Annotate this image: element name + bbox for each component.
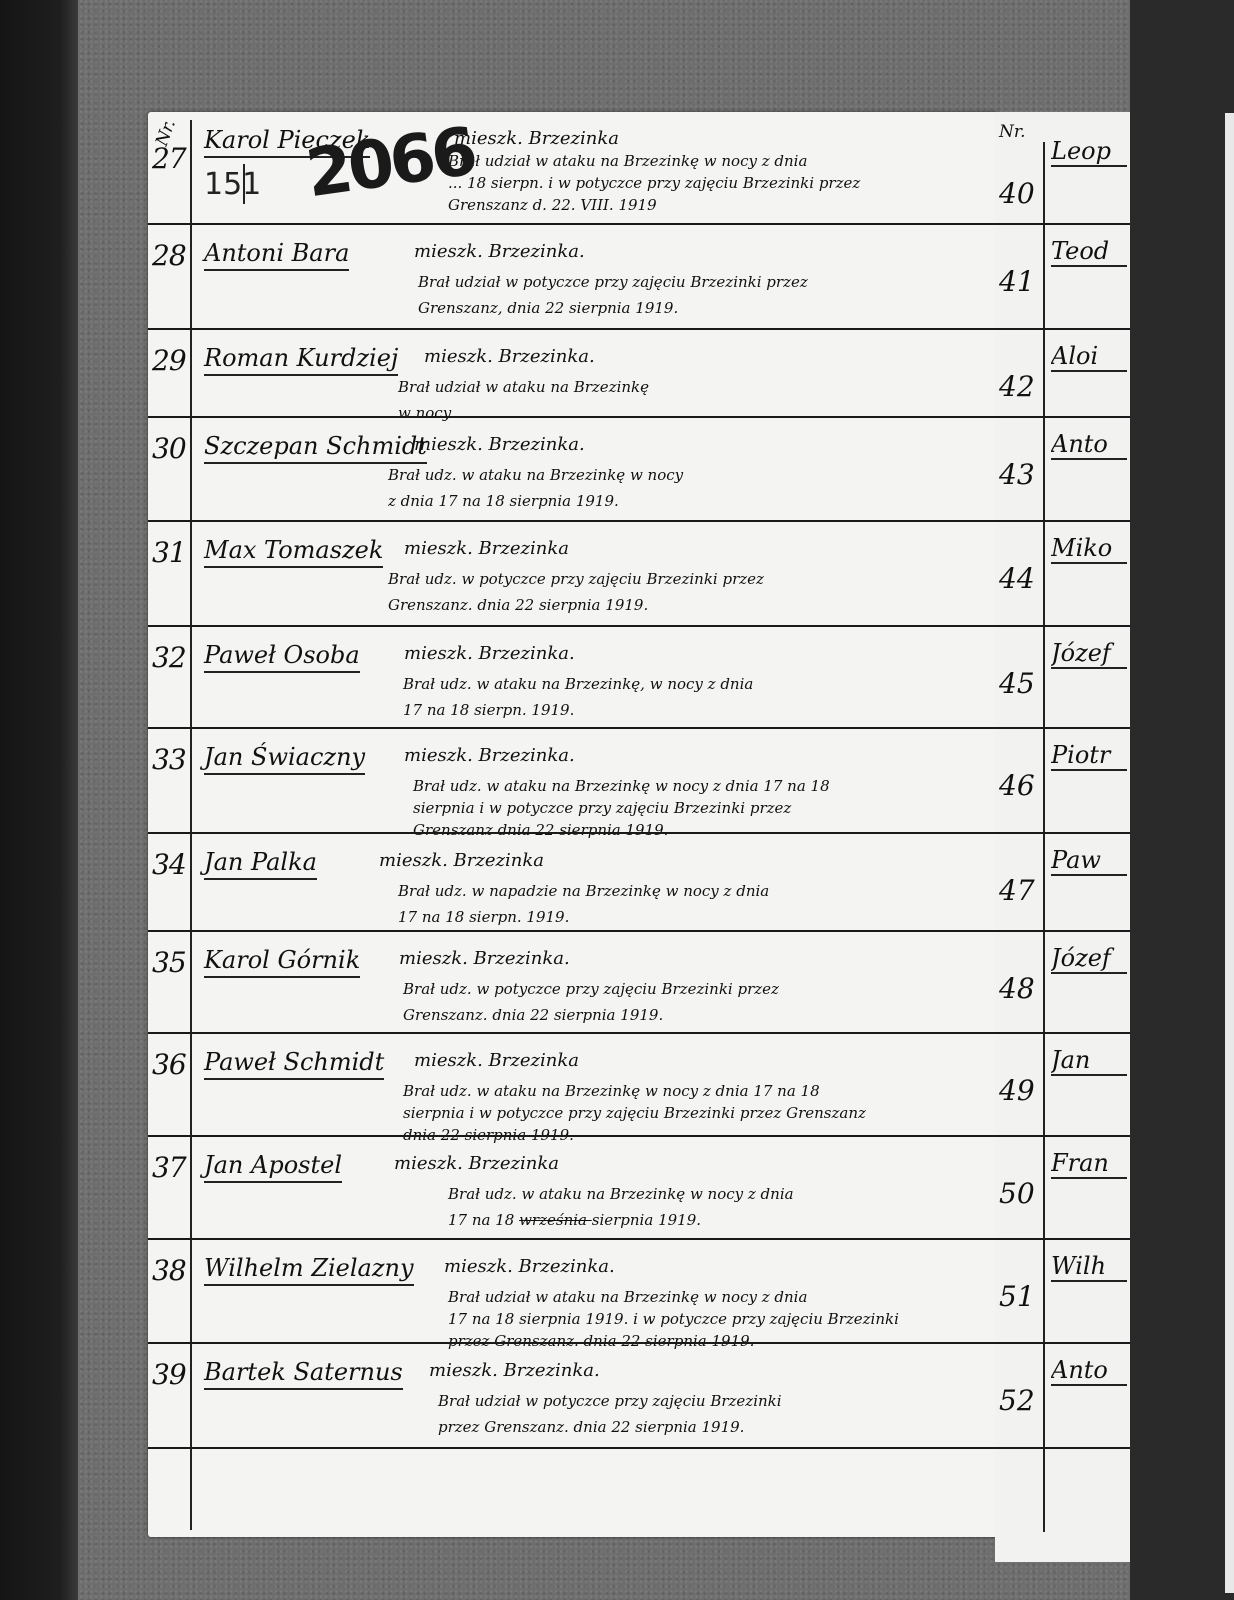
entry-number: 37 <box>152 1151 188 1184</box>
right-entry-number: 46 <box>999 769 1035 802</box>
entry-number: 35 <box>152 946 188 979</box>
right-entry-number: 51 <box>999 1280 1035 1313</box>
right-entry-number: 42 <box>999 370 1035 403</box>
entry-residence: mieszk. Brzezinka. <box>424 346 595 367</box>
entry-description-line: Brał udz. w napadzie na Brzezinkę w nocy… <box>398 878 769 904</box>
register-entry: 35Karol Górnikmieszk. Brzezinka.Brał udz… <box>148 932 998 1034</box>
entry-residence: mieszk. Brzezinka <box>379 850 544 871</box>
entry-number: 34 <box>152 848 188 881</box>
entry-number: 30 <box>152 432 188 465</box>
right-register-entry: 51Wilh <box>995 1240 1130 1344</box>
entry-residence: mieszk. Brzezinka <box>404 538 569 559</box>
right-entry-number: 44 <box>999 562 1035 595</box>
entry-number: 33 <box>152 743 188 776</box>
entry-name: Paweł Osoba <box>204 641 360 673</box>
register-page-right: Nr. 40Leop41Teod42Aloi43Anto44Miko45Józe… <box>995 112 1130 1562</box>
entry-description-line: Brał udz. w potyczce przy zajęciu Brzezi… <box>388 566 764 592</box>
entry-residence: mieszk. Brzezinka. <box>414 241 585 262</box>
right-entry-number: 45 <box>999 667 1035 700</box>
right-entry-number: 47 <box>999 874 1035 907</box>
register-entry: 36Paweł Schmidtmieszk. BrzezinkaBrał udz… <box>148 1034 998 1137</box>
entry-description-line: Brał udz. w potyczce przy zajęciu Brzezi… <box>403 976 779 1002</box>
right-entry-number: 40 <box>999 177 1035 210</box>
entry-residence: mieszk. Brzezinka. <box>414 434 585 455</box>
entry-residence: mieszk. Brzezinka <box>394 1153 559 1174</box>
right-entry-name-partial: Anto <box>1051 430 1127 460</box>
entry-description-line: 17 na 18 września sierpnia 1919. <box>448 1207 701 1233</box>
right-entry-name-partial: Jan <box>1051 1046 1127 1076</box>
right-entry-name-partial: Paw <box>1051 846 1127 876</box>
scan-border-right <box>1130 0 1234 1600</box>
entry-number: 38 <box>152 1254 188 1287</box>
register-entry: 27Karol Pieczekmieszk. BrzezinkaBrał udz… <box>148 112 998 225</box>
entry-residence: mieszk. Brzezinka <box>454 128 619 149</box>
entry-description-line: Brał udz. w ataku na Brzezinkę w nocy z … <box>448 1181 794 1207</box>
register-entry: 29Roman Kurdziejmieszk. Brzezinka.Brał u… <box>148 330 998 418</box>
register-entry: 34Jan Palkamieszk. BrzezinkaBrał udz. w … <box>148 834 998 932</box>
entry-name: Jan Palka <box>204 848 317 880</box>
right-entry-name-partial: Teod <box>1051 237 1127 267</box>
right-entry-number: 52 <box>999 1384 1035 1417</box>
entry-name: Szczepan Schmidt <box>204 432 427 464</box>
entry-name: Max Tomaszek <box>204 536 383 568</box>
entry-description-line: Grenszanz, dnia 22 sierpnia 1919. <box>418 295 678 321</box>
right-entry-name-partial: Miko <box>1051 534 1127 564</box>
adjacent-page-edge <box>1225 113 1234 1593</box>
entry-description-line: 17 na 18 sierpn. 1919. <box>398 904 569 930</box>
entry-residence: mieszk. Brzezinka. <box>404 643 575 664</box>
entry-name: Antoni Bara <box>204 239 349 271</box>
right-entry-name-partial: Leop <box>1051 137 1127 167</box>
entry-residence: mieszk. Brzezinka. <box>429 1360 600 1381</box>
entry-description-line: z dnia 17 na 18 sierpnia 1919. <box>388 488 619 514</box>
register-entry: 39Bartek Saternusmieszk. Brzezinka.Brał … <box>148 1344 998 1449</box>
entry-number: 39 <box>152 1358 188 1391</box>
right-entry-name-partial: Józef <box>1051 944 1127 974</box>
register-entry: 33Jan Świacznymieszk. Brzezinka.Brał udz… <box>148 729 998 834</box>
entry-name: Paweł Schmidt <box>204 1048 384 1080</box>
right-entry-name-partial: Piotr <box>1051 741 1127 771</box>
entry-number: 31 <box>152 536 188 569</box>
folio-separator <box>243 164 245 204</box>
entry-description-line: Grenszanz. dnia 22 sierpnia 1919. <box>403 1002 663 1028</box>
register-page: Nr. 27Karol Pieczekmieszk. BrzezinkaBrał… <box>148 112 998 1537</box>
entry-residence: mieszk. Brzezinka <box>414 1050 579 1071</box>
entry-name: Bartek Saternus <box>204 1358 403 1390</box>
entry-description-line: Grenszanz d. 22. VIII. 1919 <box>448 192 657 218</box>
right-entry-name-partial: Józef <box>1051 639 1127 669</box>
right-register-entry: 46Piotr <box>995 729 1130 834</box>
right-entry-name-partial: Aloi <box>1051 342 1127 372</box>
right-entry-name-partial: Wilh <box>1051 1252 1127 1282</box>
register-entry: 38Wilhelm Zielaznymieszk. Brzezinka.Brał… <box>148 1240 998 1344</box>
entry-description-line: Brał udział w potyczce przy zajęciu Brze… <box>438 1388 782 1414</box>
entry-number: 27 <box>152 142 188 175</box>
right-entry-number: 49 <box>999 1074 1035 1107</box>
entry-description-line: Brał udział w potyczce przy zajęciu Brze… <box>418 269 808 295</box>
scan-border-left <box>0 0 78 1600</box>
register-entry: 30Szczepan Schmidtmieszk. Brzezinka.Brał… <box>148 418 998 522</box>
folio-number: 151 <box>204 167 261 202</box>
entry-description-line: 17 na 18 sierpn. 1919. <box>403 697 574 723</box>
entry-name: Jan Świaczny <box>204 743 365 775</box>
right-register-entry: 50Fran <box>995 1137 1130 1240</box>
entry-residence: mieszk. Brzezinka. <box>404 745 575 766</box>
entry-description-line: Brał udz. w ataku na Brzezinkę w nocy <box>388 462 683 488</box>
right-entry-name-partial: Fran <box>1051 1149 1127 1179</box>
entry-name: Jan Apostel <box>204 1151 342 1183</box>
right-entry-number: 50 <box>999 1177 1035 1210</box>
register-entry: 37Jan Apostelmieszk. BrzezinkaBrał udz. … <box>148 1137 998 1240</box>
right-register-entry: 52Anto <box>995 1344 1130 1449</box>
entry-name: Wilhelm Zielazny <box>204 1254 414 1286</box>
entry-residence: mieszk. Brzezinka. <box>444 1256 615 1277</box>
row-separator <box>148 1447 998 1449</box>
entry-description-line: Brał udział w ataku na Brzezinkę <box>398 374 649 400</box>
entry-number: 29 <box>152 344 188 377</box>
entry-name: Karol Górnik <box>204 946 360 978</box>
struck-word: września <box>519 1211 592 1229</box>
right-register-entry: 45Józef <box>995 627 1130 729</box>
register-entry: 28Antoni Baramieszk. Brzezinka.Brał udzi… <box>148 225 998 330</box>
right-entry-number: 41 <box>999 265 1035 298</box>
right-register-entry: 47Paw <box>995 834 1130 932</box>
entry-residence: mieszk. Brzezinka. <box>399 948 570 969</box>
right-register-entry: 44Miko <box>995 522 1130 627</box>
right-entry-name-partial: Anto <box>1051 1356 1127 1386</box>
entry-number: 32 <box>152 641 188 674</box>
right-entry-number: 48 <box>999 972 1035 1005</box>
register-entry: 31Max Tomaszekmieszk. BrzezinkaBrał udz.… <box>148 522 998 627</box>
right-register-entry: 43Anto <box>995 418 1130 522</box>
right-register-entry: 49Jan <box>995 1034 1130 1137</box>
right-row-separator <box>995 1447 1130 1449</box>
entry-number: 28 <box>152 239 188 272</box>
right-register-entry: 48Józef <box>995 932 1130 1034</box>
register-entry: 32Paweł Osobamieszk. Brzezinka.Brał udz.… <box>148 627 998 729</box>
right-register-entry: 40Leop <box>995 112 1130 225</box>
right-register-entry: 42Aloi <box>995 330 1130 418</box>
entry-number: 36 <box>152 1048 188 1081</box>
right-register-entry: 41Teod <box>995 225 1130 330</box>
entry-description-line: przez Grenszanz. dnia 22 sierpnia 1919. <box>438 1414 744 1440</box>
entry-description-line: Brał udz. w ataku na Brzezinkę, w nocy z… <box>403 671 753 697</box>
entry-description-line: Grenszanz. dnia 22 sierpnia 1919. <box>388 592 648 618</box>
entry-name: Roman Kurdziej <box>204 344 398 376</box>
right-entry-number: 43 <box>999 458 1035 491</box>
